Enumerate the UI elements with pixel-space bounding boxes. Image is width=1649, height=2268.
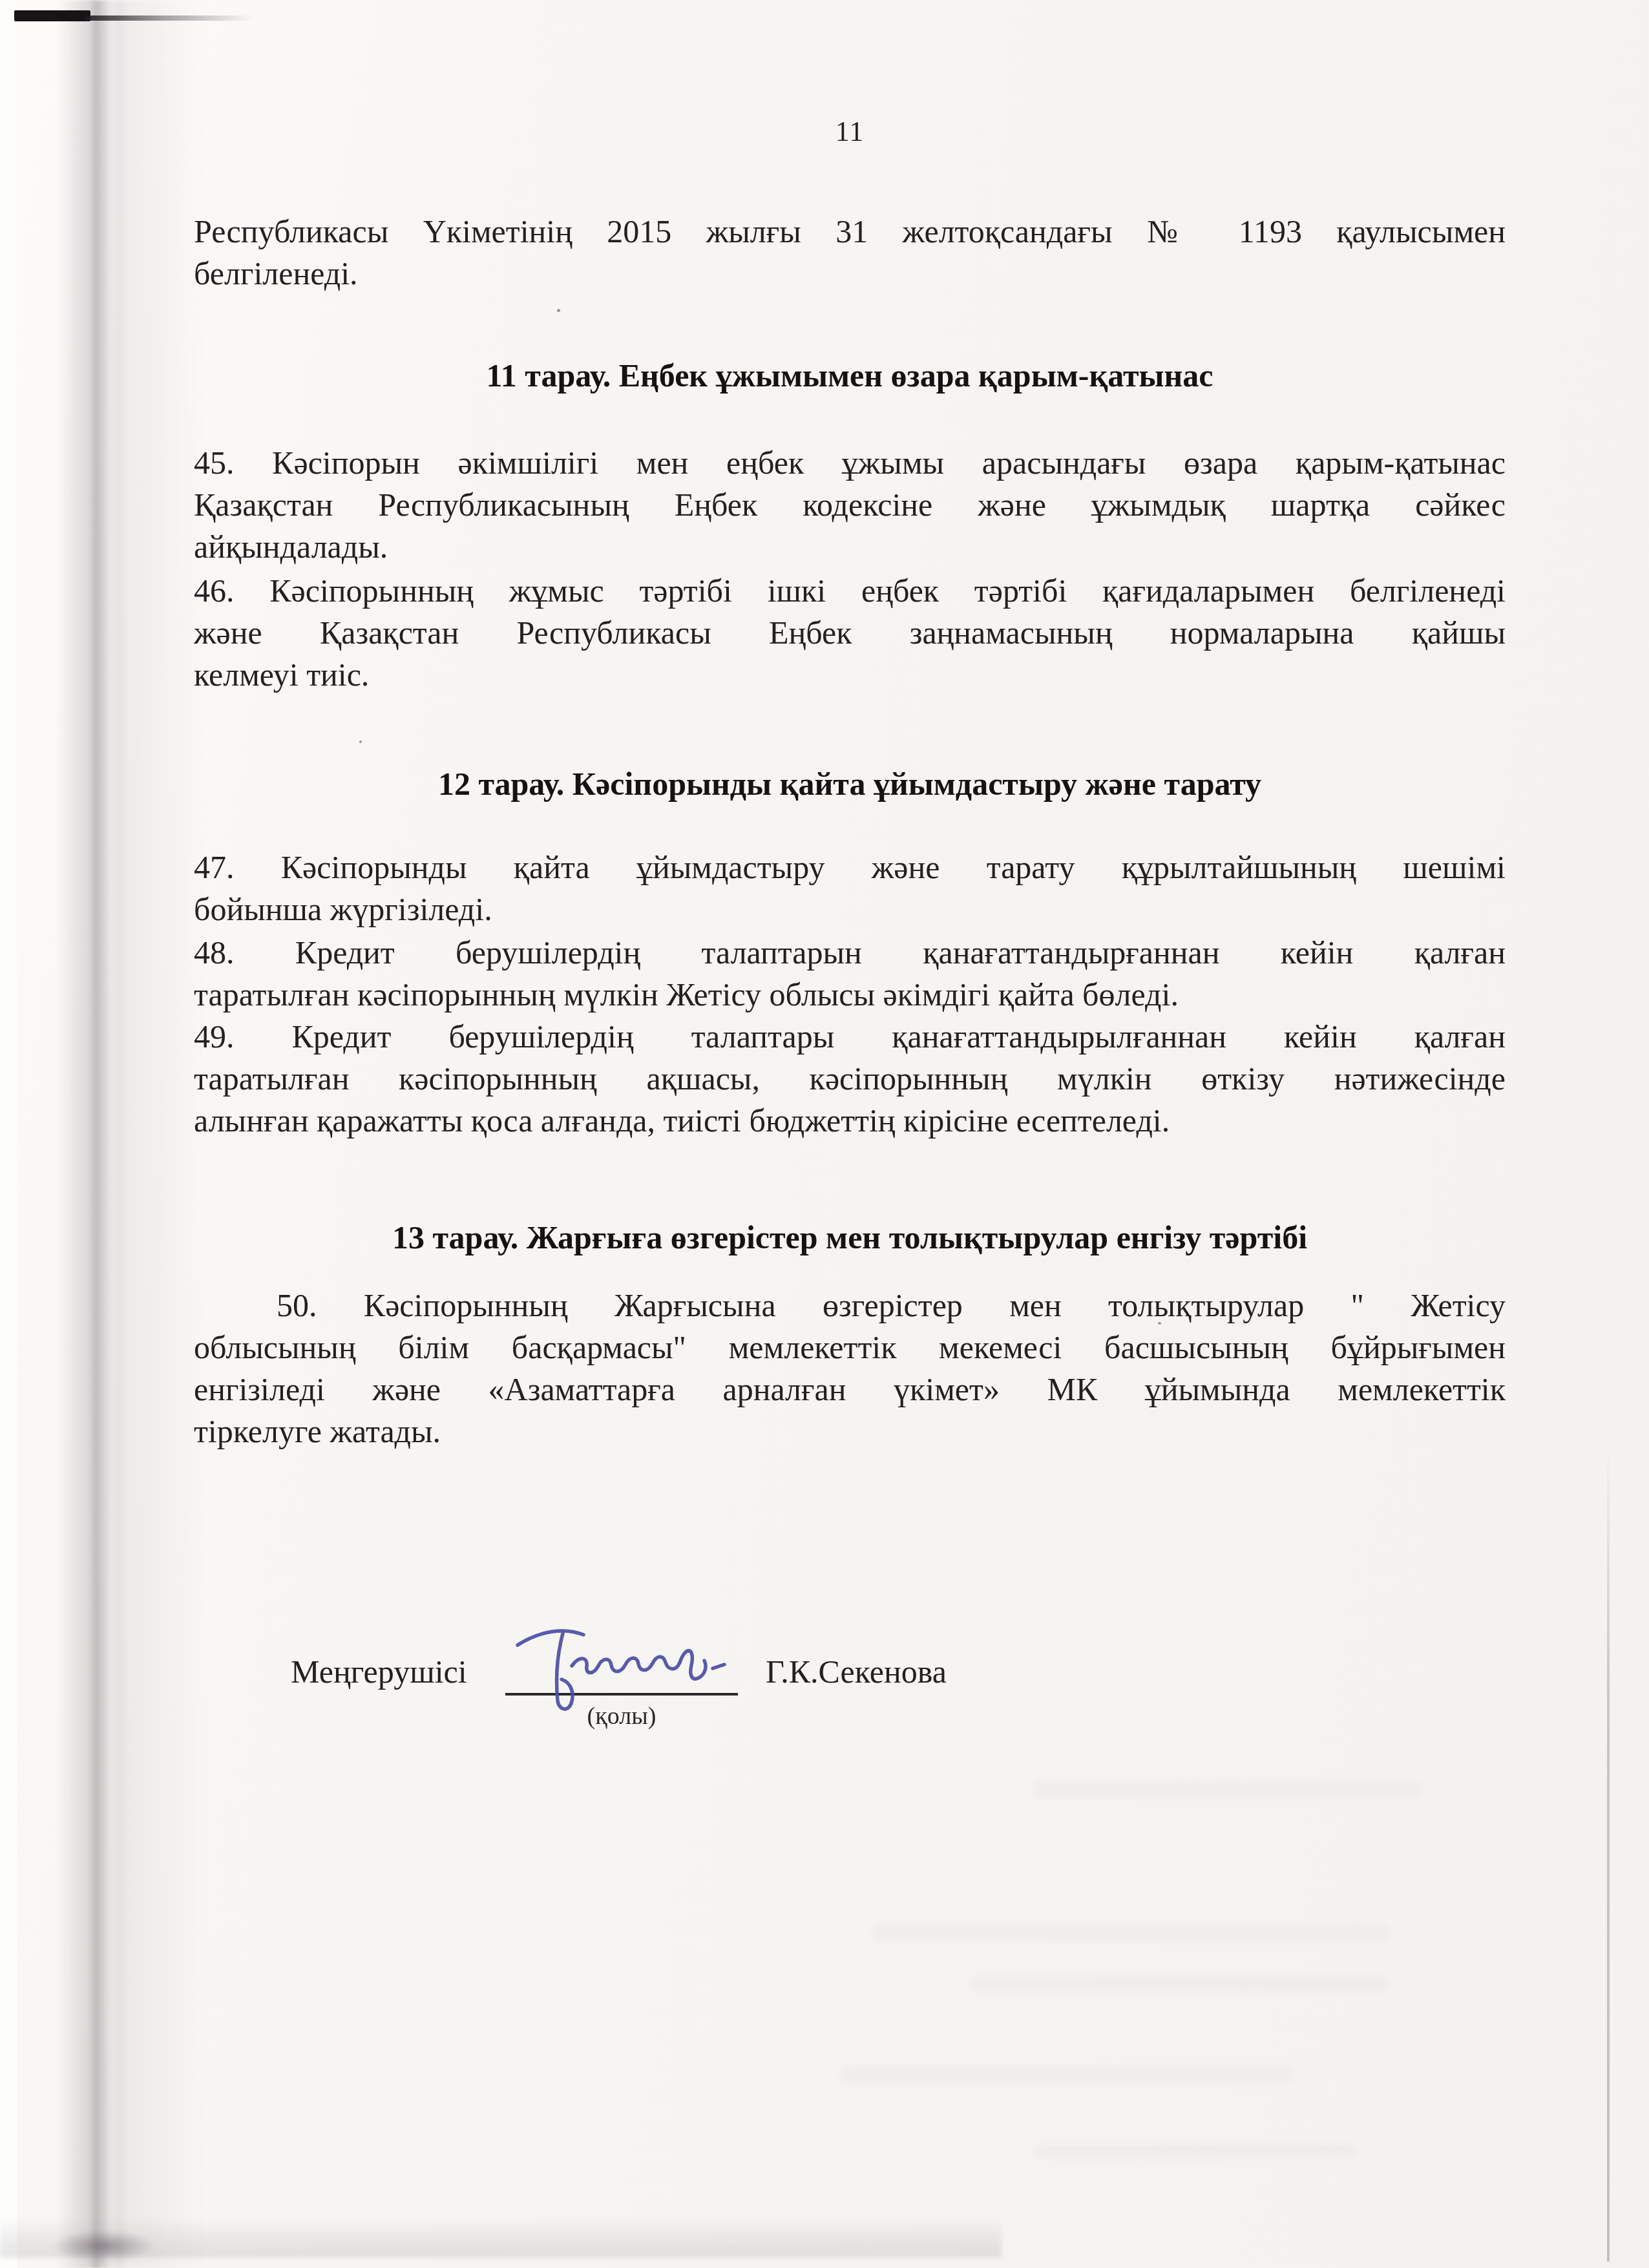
scan-bottom-smudge (52, 2231, 155, 2262)
bleed-through-smudge (872, 1924, 1389, 1941)
scan-page-edge (0, 0, 17, 2268)
scanned-document-page: { "document": { "page_number": "11", "in… (0, 0, 1649, 2268)
text-line: таратылған кәсіпорынның ақшасы, кәсіпоры… (194, 1058, 1506, 1100)
bleed-through-smudge (840, 2066, 1292, 2083)
text-line: тіркелуге жатады. (194, 1411, 1506, 1453)
signatory-role-label: Меңгерушісі (291, 1653, 467, 1690)
intro-paragraph: Республикасы Үкіметінің 2015 жылғы 31 же… (194, 211, 1506, 295)
bleed-through-smudge (969, 1976, 1389, 1991)
chapter-11-heading: 11 тарау. Еңбек ұжымымен өзара қарым-қат… (194, 355, 1506, 395)
text-line: айқындалады. (194, 526, 1506, 568)
text-line: алынған қаражатты қоса алғанда, тиісті б… (194, 1100, 1506, 1142)
paragraph-45: 45. Кәсіпорын әкімшілігі мен еңбек ұжымы… (194, 442, 1506, 568)
paragraph-48: 48. Кредит берушілердің талаптарын қанағ… (194, 932, 1506, 1016)
text-line: таратылған кәсіпорынның мүлкін Жетісу об… (194, 974, 1506, 1016)
text-line: Қазақстан Республикасының Еңбек кодексін… (194, 484, 1506, 526)
text-line: 49. Кредит берушілердің талаптары қанаға… (194, 1016, 1506, 1058)
text-line: 45. Кәсіпорын әкімшілігі мен еңбек ұжымы… (194, 442, 1506, 484)
text-line: 48. Кредит берушілердің талаптарын қанағ… (194, 932, 1506, 974)
text-line: келмеуі тиіс. (194, 654, 1506, 696)
paragraph-47: 47. Кәсіпорынды қайта ұйымдастыру және т… (194, 846, 1506, 930)
signature-caption: (қолы) (505, 1702, 738, 1730)
paragraph-49: 49. Кредит берушілердің талаптары қанаға… (194, 1016, 1506, 1142)
scan-right-edge-line (1607, 1447, 1610, 2262)
text-line: облысының білім басқармасы" мемлекеттік … (194, 1327, 1506, 1369)
page-number: 11 (194, 115, 1506, 148)
scan-speck (557, 309, 560, 312)
scan-topleft-mark (14, 10, 90, 21)
text-line: белгіленеді. (194, 253, 1506, 295)
paragraph-50: 50. Кәсіпорынның Жарғысына өзгерістер ме… (194, 1285, 1506, 1453)
bleed-through-smudge (1034, 2144, 1357, 2158)
text-line: енгізіледі және «Азаматтарға арналған үк… (194, 1369, 1506, 1411)
bleed-through-smudge (1034, 1782, 1422, 1798)
chapter-12-heading: 12 тарау. Кәсіпорынды қайта ұйымдастыру … (194, 764, 1506, 804)
signatory-name: Г.К.Секенова (766, 1653, 947, 1690)
scan-topleft-mark-tail (85, 16, 253, 21)
text-line: 50. Кәсіпорынның Жарғысына өзгерістер ме… (194, 1285, 1506, 1327)
text-line: және Қазақстан Республикасы Еңбек заңнам… (194, 612, 1506, 654)
text-line: 46. Кәсіпорынның жұмыс тәртібі ішкі еңбе… (194, 570, 1506, 612)
text-line: 47. Кәсіпорынды қайта ұйымдастыру және т… (194, 846, 1506, 888)
text-line: Республикасы Үкіметінің 2015 жылғы 31 же… (194, 211, 1506, 253)
scan-speck (359, 740, 362, 743)
signature-strokes (518, 1631, 724, 1709)
paragraph-46: 46. Кәсіпорынның жұмыс тәртібі ішкі еңбе… (194, 570, 1506, 696)
text-line: бойынша жүргізіледі. (194, 888, 1506, 930)
chapter-13-heading: 13 тарау. Жарғыға өзгерістер мен толықты… (194, 1217, 1506, 1257)
